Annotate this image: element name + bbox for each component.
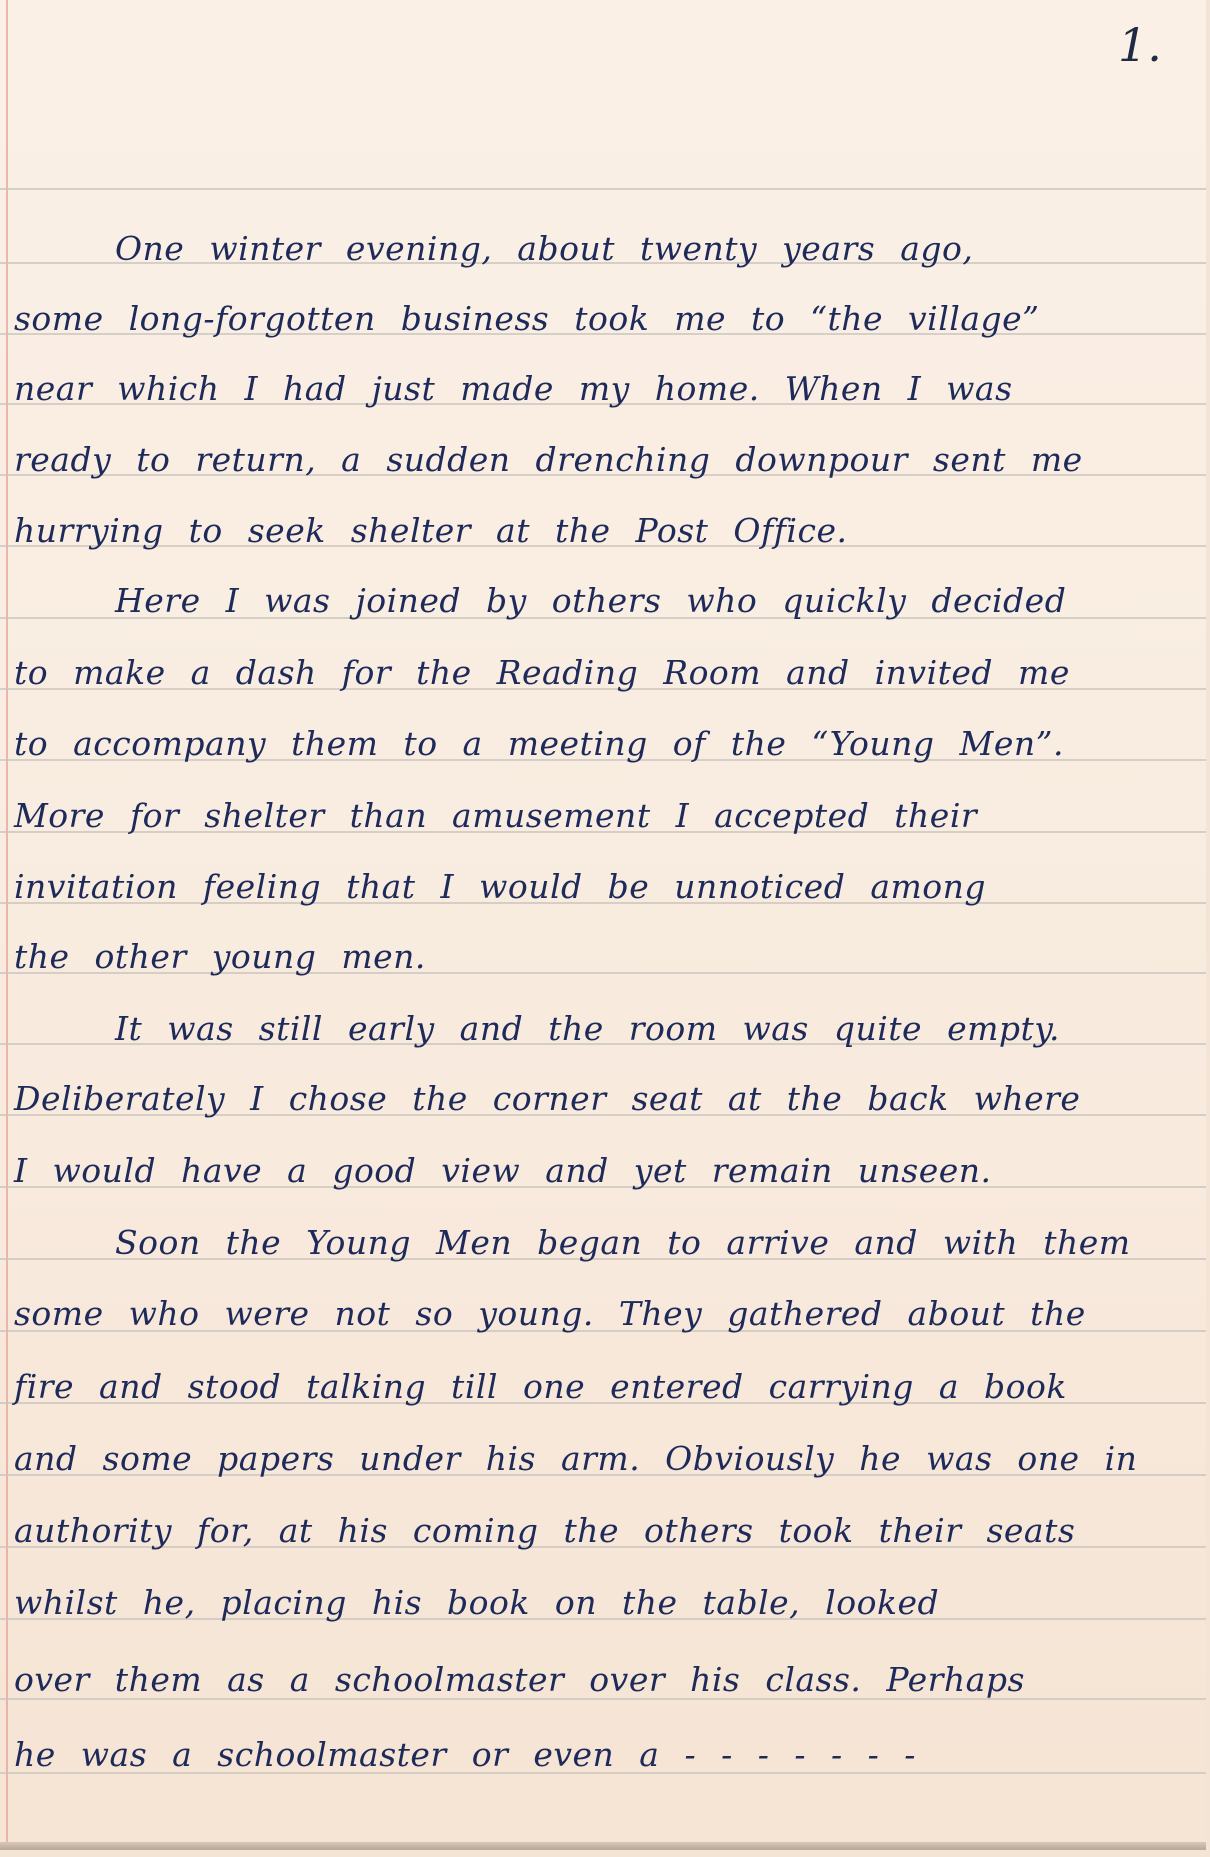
text-line: to make a dash for the Reading Room and … bbox=[14, 656, 1186, 689]
text-line: authority for, at his coming the others … bbox=[14, 1514, 1186, 1547]
text-line: to accompany them to a meeting of the “Y… bbox=[14, 727, 1186, 760]
text-line: fire and stood talking till one entered … bbox=[14, 1370, 1186, 1403]
text-line: I would have a good view and yet remain … bbox=[14, 1154, 1186, 1187]
text-line: he was a schoolmaster or even a - - - - … bbox=[14, 1738, 1186, 1771]
page-bottom-edge bbox=[0, 1842, 1206, 1850]
text-line: One winter evening, about twenty years a… bbox=[115, 232, 1186, 265]
text-line: some long-forgotten business took me to … bbox=[14, 302, 1186, 335]
notebook-page: 1. One winter evening, about twenty year… bbox=[0, 0, 1206, 1850]
text-line: and some papers under his arm. Obviously… bbox=[14, 1442, 1186, 1475]
text-line: whilst he, placing his book on the table… bbox=[14, 1586, 1186, 1619]
text-line: It was still early and the room was quit… bbox=[115, 1012, 1186, 1045]
text-line: Soon the Young Men began to arrive and w… bbox=[115, 1226, 1186, 1259]
text-line: Deliberately I chose the corner seat at … bbox=[14, 1082, 1186, 1115]
text-line: the other young men. bbox=[14, 940, 1186, 973]
text-line: More for shelter than amusement I accept… bbox=[14, 799, 1186, 832]
text-line: over them as a schoolmaster over his cla… bbox=[14, 1663, 1186, 1696]
ruled-line bbox=[0, 188, 1206, 190]
text-line: hurrying to seek shelter at the Post Off… bbox=[14, 514, 1186, 547]
text-line: some who were not so young. They gathere… bbox=[14, 1297, 1186, 1330]
text-line: ready to return, a sudden drenching down… bbox=[14, 443, 1186, 476]
page-number: 1. bbox=[1118, 18, 1162, 72]
text-line: invitation feeling that I would be unnot… bbox=[14, 870, 1186, 903]
margin-line bbox=[6, 0, 8, 1850]
text-line: Here I was joined by others who quickly … bbox=[115, 584, 1186, 617]
text-line: near which I had just made my home. When… bbox=[14, 372, 1186, 405]
